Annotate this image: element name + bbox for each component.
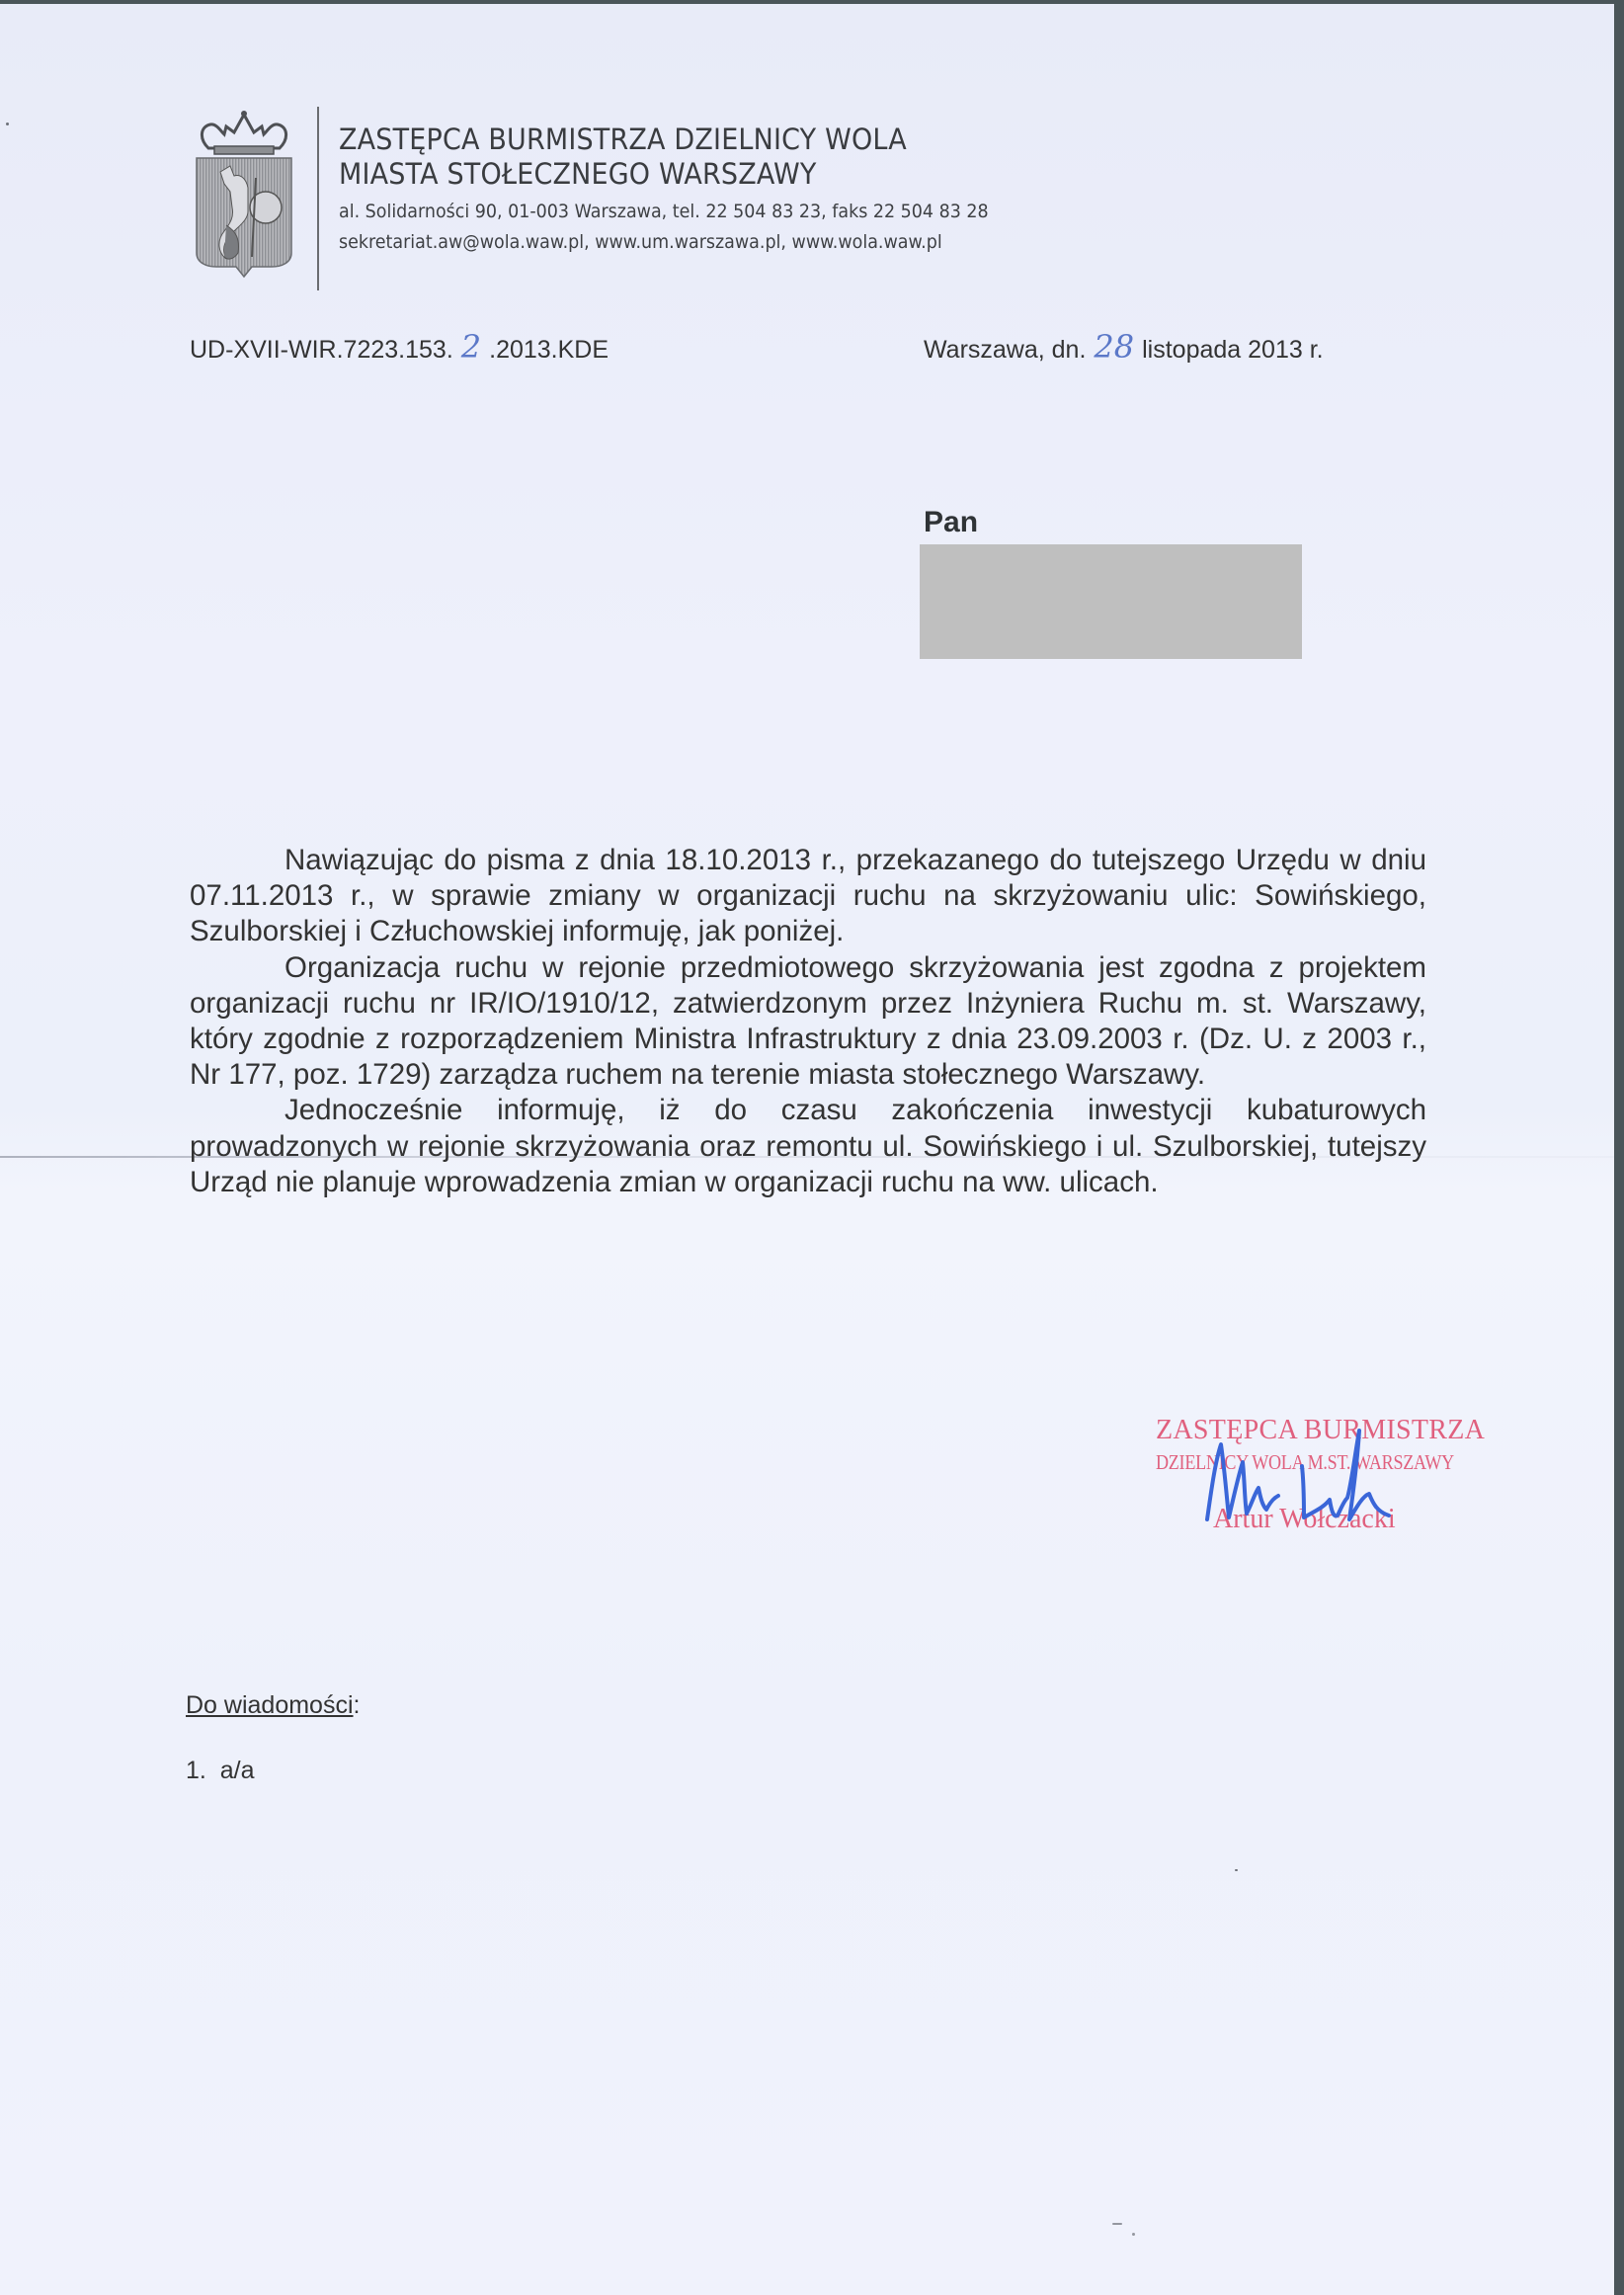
date-prefix: Warszawa, dn. xyxy=(924,336,1086,364)
scan-edge-top xyxy=(0,0,1624,4)
scan-speck xyxy=(1235,1869,1238,1871)
handwritten-day: 28 xyxy=(1086,328,1142,366)
distribution-label-text: Do wiadomości xyxy=(186,1691,354,1719)
reference-prefix: UD-XVII-WIR.7223.153. xyxy=(190,336,453,364)
distribution-label: Do wiadomości: xyxy=(186,1691,360,1720)
body-paragraph: Organizacja ruchu w rejonie przedmiotowe… xyxy=(190,950,1426,1094)
reference-number: UD-XVII-WIR.7223.153.2.2013.KDE xyxy=(190,328,609,366)
letter-body: Nawiązując do pisma z dnia 18.10.2013 r.… xyxy=(190,843,1426,1200)
reference-suffix: .2013.KDE xyxy=(489,336,609,364)
letterhead-address: al. Solidarności 90, 01-003 Warszawa, te… xyxy=(339,201,989,222)
distribution-label-colon: : xyxy=(354,1691,361,1720)
letter-date: Warszawa, dn.28listopada 2013 r. xyxy=(924,328,1324,366)
warsaw-coat-of-arms-icon xyxy=(191,109,297,279)
letterhead-divider xyxy=(317,107,319,290)
addressee-salutation: Pan xyxy=(924,506,978,539)
scan-speck xyxy=(1112,2223,1122,2225)
letterhead-title: ZASTĘPCA BURMISTRZA DZIELNICY WOLA xyxy=(339,123,907,156)
body-paragraph: Jednocześnie informuję, iż do czasu zako… xyxy=(190,1093,1426,1200)
redacted-addressee-name xyxy=(920,544,1302,659)
body-paragraph: Nawiązując do pisma z dnia 18.10.2013 r.… xyxy=(190,843,1426,950)
distribution-item: 1. a/a xyxy=(186,1757,255,1785)
date-suffix: listopada 2013 r. xyxy=(1142,336,1323,364)
handwritten-reference-number: 2 xyxy=(453,328,489,366)
scan-edge-right xyxy=(1614,0,1624,2295)
scan-speck xyxy=(6,123,9,125)
handwritten-signature xyxy=(1199,1423,1397,1531)
letterhead-subtitle: MIASTA STOŁECZNEGO WARSZAWY xyxy=(339,157,817,191)
letterhead-contacts: sekretariat.aw@wola.waw.pl, www.um.warsz… xyxy=(339,231,942,253)
scan-speck xyxy=(1132,2233,1135,2236)
